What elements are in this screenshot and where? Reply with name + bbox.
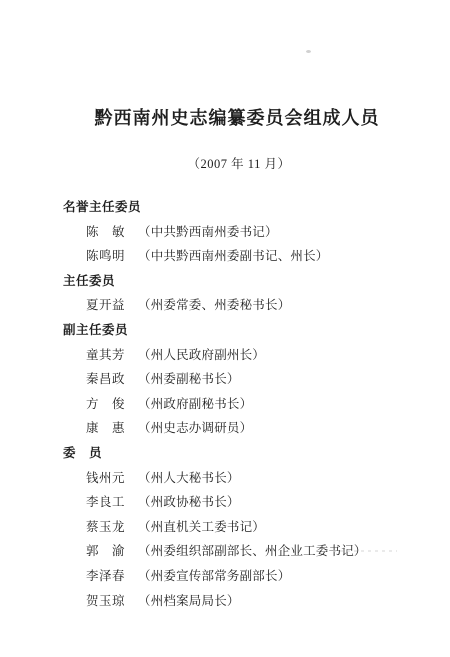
document-page: 黔西南州史志编纂委员会组成人员 （2007 年 11 月） 名誉主任委员 陈 敏… — [0, 0, 450, 657]
member-name: 李良工 — [86, 490, 125, 515]
member-name: 方 俊 — [86, 392, 125, 417]
member-name: 秦昌政 — [86, 367, 125, 392]
member-row: 李泽春 （州委宣传部常务副部长） — [63, 564, 450, 589]
page-title: 黔西南州史志编纂委员会组成人员 — [12, 0, 450, 128]
member-title: （州人民政府副州长） — [138, 343, 265, 368]
member-row: 陈鸣明 （中共黔西南州委副书记、州长） — [63, 244, 450, 269]
member-title: （州政协秘书长） — [138, 490, 240, 515]
member-row: 蔡玉龙 （州直机关工委书记） — [63, 515, 450, 540]
member-name: 钱州元 — [86, 466, 125, 491]
date-line: （2007 年 11 月） — [14, 157, 450, 172]
member-title: （州史志办调研员） — [138, 416, 252, 441]
member-row: 夏开益 （州委常委、州委秘书长） — [63, 293, 450, 318]
member-row: 秦昌政 （州委副秘书长） — [63, 367, 450, 392]
section-heading: 名誉主任委员 — [63, 195, 450, 220]
member-title: （州档案局局长） — [138, 589, 240, 614]
section-heading: 主任委员 — [63, 269, 450, 294]
member-title: （州人大秘书长） — [138, 466, 240, 491]
member-title: （中共黔西南州委书记） — [138, 220, 278, 245]
member-row: 童其芳 （州人民政府副州长） — [63, 343, 450, 368]
member-name: 贺玉琼 — [86, 589, 125, 614]
member-title: （州委常委、州委秘书长） — [138, 293, 290, 318]
member-name: 李泽春 — [86, 564, 125, 589]
member-title: （中共黔西南州委副书记、州长） — [138, 244, 329, 269]
member-title: （州委副秘书长） — [138, 367, 240, 392]
member-name: 郭 渝 — [86, 539, 125, 564]
member-name: 蔡玉龙 — [86, 515, 125, 540]
member-name: 康 惠 — [86, 416, 125, 441]
member-title: （州直机关工委书记） — [138, 515, 265, 540]
member-name: 童其芳 — [86, 343, 125, 368]
member-name: 夏开益 — [86, 293, 125, 318]
member-row: 康 惠 （州史志办调研员） — [63, 416, 450, 441]
member-row: 贺玉琼 （州档案局局长） — [63, 589, 450, 614]
member-title: （州政府副秘书长） — [138, 392, 252, 417]
member-row: 方 俊 （州政府副秘书长） — [63, 392, 450, 417]
member-name: 陈鸣明 — [86, 244, 125, 269]
member-row: 李良工 （州政协秘书长） — [63, 490, 450, 515]
section-heading: 副主任委员 — [63, 318, 450, 343]
scan-speck-icon — [306, 50, 311, 53]
member-name: 陈 敏 — [86, 220, 125, 245]
member-row: 陈 敏 （中共黔西南州委书记） — [63, 220, 450, 245]
member-row: 钱州元 （州人大秘书长） — [63, 466, 450, 491]
section-heading: 委 员 — [63, 441, 450, 466]
member-title: （州委宣传部常务副部长） — [138, 564, 290, 589]
scan-noise-icon — [333, 550, 397, 552]
